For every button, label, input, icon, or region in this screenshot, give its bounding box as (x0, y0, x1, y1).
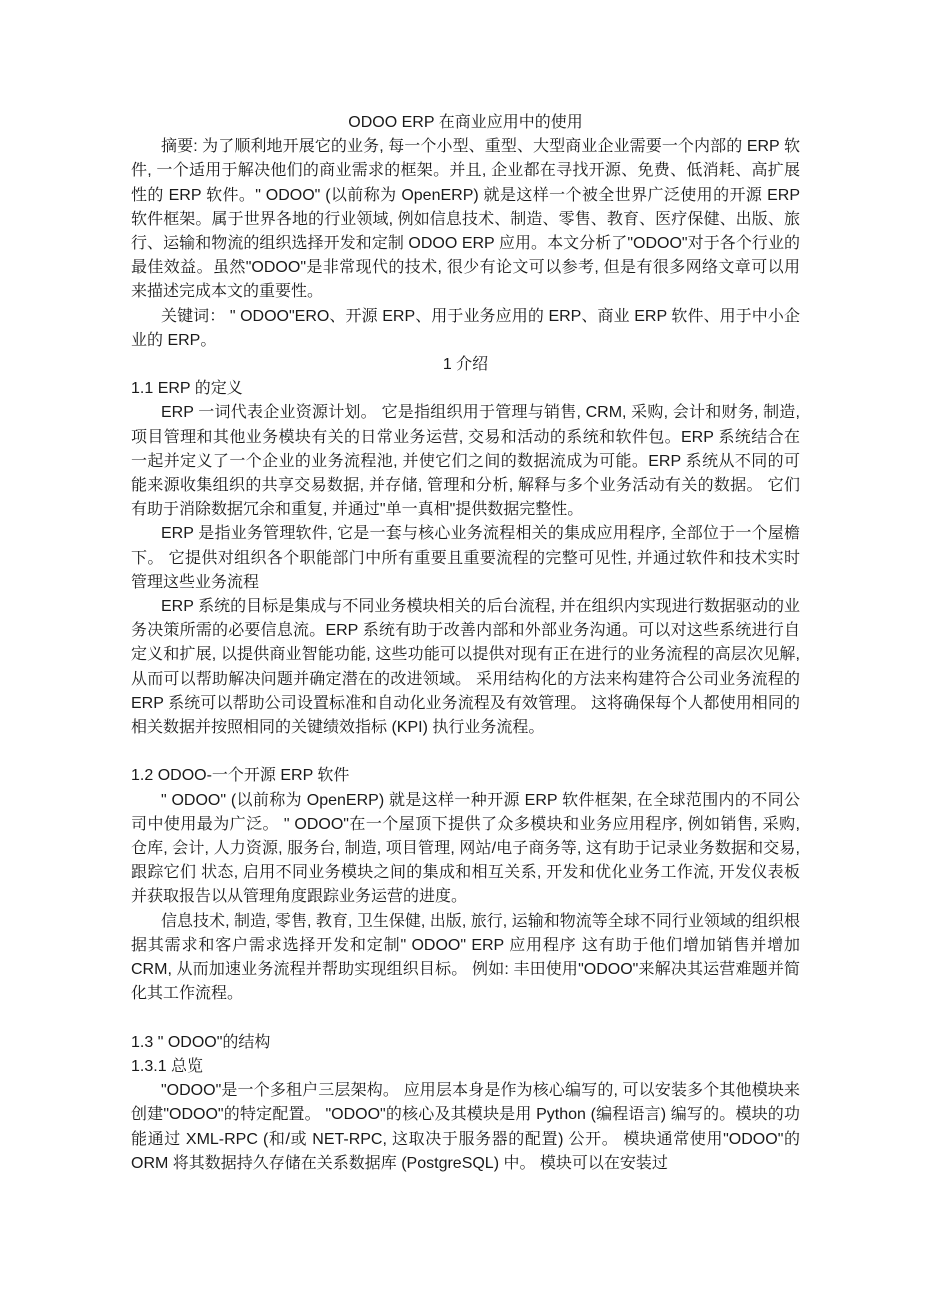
section-heading: 1.3.1 总览 (131, 1055, 800, 1079)
blank-line (131, 1007, 800, 1031)
paragraph: 摘要: 为了顺利地开展它的业务, 每一个小型、重型、大型商业企业需要一个内部的 … (131, 135, 800, 304)
paragraph: " ODOO" (以前称为 OpenERP) 就是这样一种开源 ERP 软件框架… (131, 789, 800, 910)
paragraph: ERP 系统的目标是集成与不同业务模块相关的后台流程, 并在组织内实现进行数据驱… (131, 595, 800, 740)
section-heading: 1.2 ODOO-一个开源 ERP 软件 (131, 764, 800, 788)
section-heading: 1.3 " ODOO"的结构 (131, 1031, 800, 1055)
paragraph: 关键词： " ODOO"ERO、开源 ERP、用于业务应用的 ERP、商业 ER… (131, 305, 800, 353)
paragraph: "ODOO"是一个多租户三层架构。 应用层本身是作为核心编写的, 可以安装多个其… (131, 1079, 800, 1176)
paragraph: ERP 是指业务管理软件, 它是一套与核心业务流程相关的集成应用程序, 全部位于… (131, 522, 800, 595)
section-heading: 1.1 ERP 的定义 (131, 377, 800, 401)
section-heading-centered: 1 介绍 (131, 353, 800, 377)
document-title: ODOO ERP 在商业应用中的使用 (131, 111, 800, 135)
paragraph: 信息技术, 制造, 零售, 教育, 卫生保健, 出版, 旅行, 运输和物流等全球… (131, 910, 800, 1007)
document-page: ODOO ERP 在商业应用中的使用摘要: 为了顺利地开展它的业务, 每一个小型… (0, 0, 926, 1309)
paragraph: ERP 一词代表企业资源计划。 它是指组织用于管理与销售, CRM, 采购, 会… (131, 401, 800, 522)
blank-line (131, 740, 800, 764)
